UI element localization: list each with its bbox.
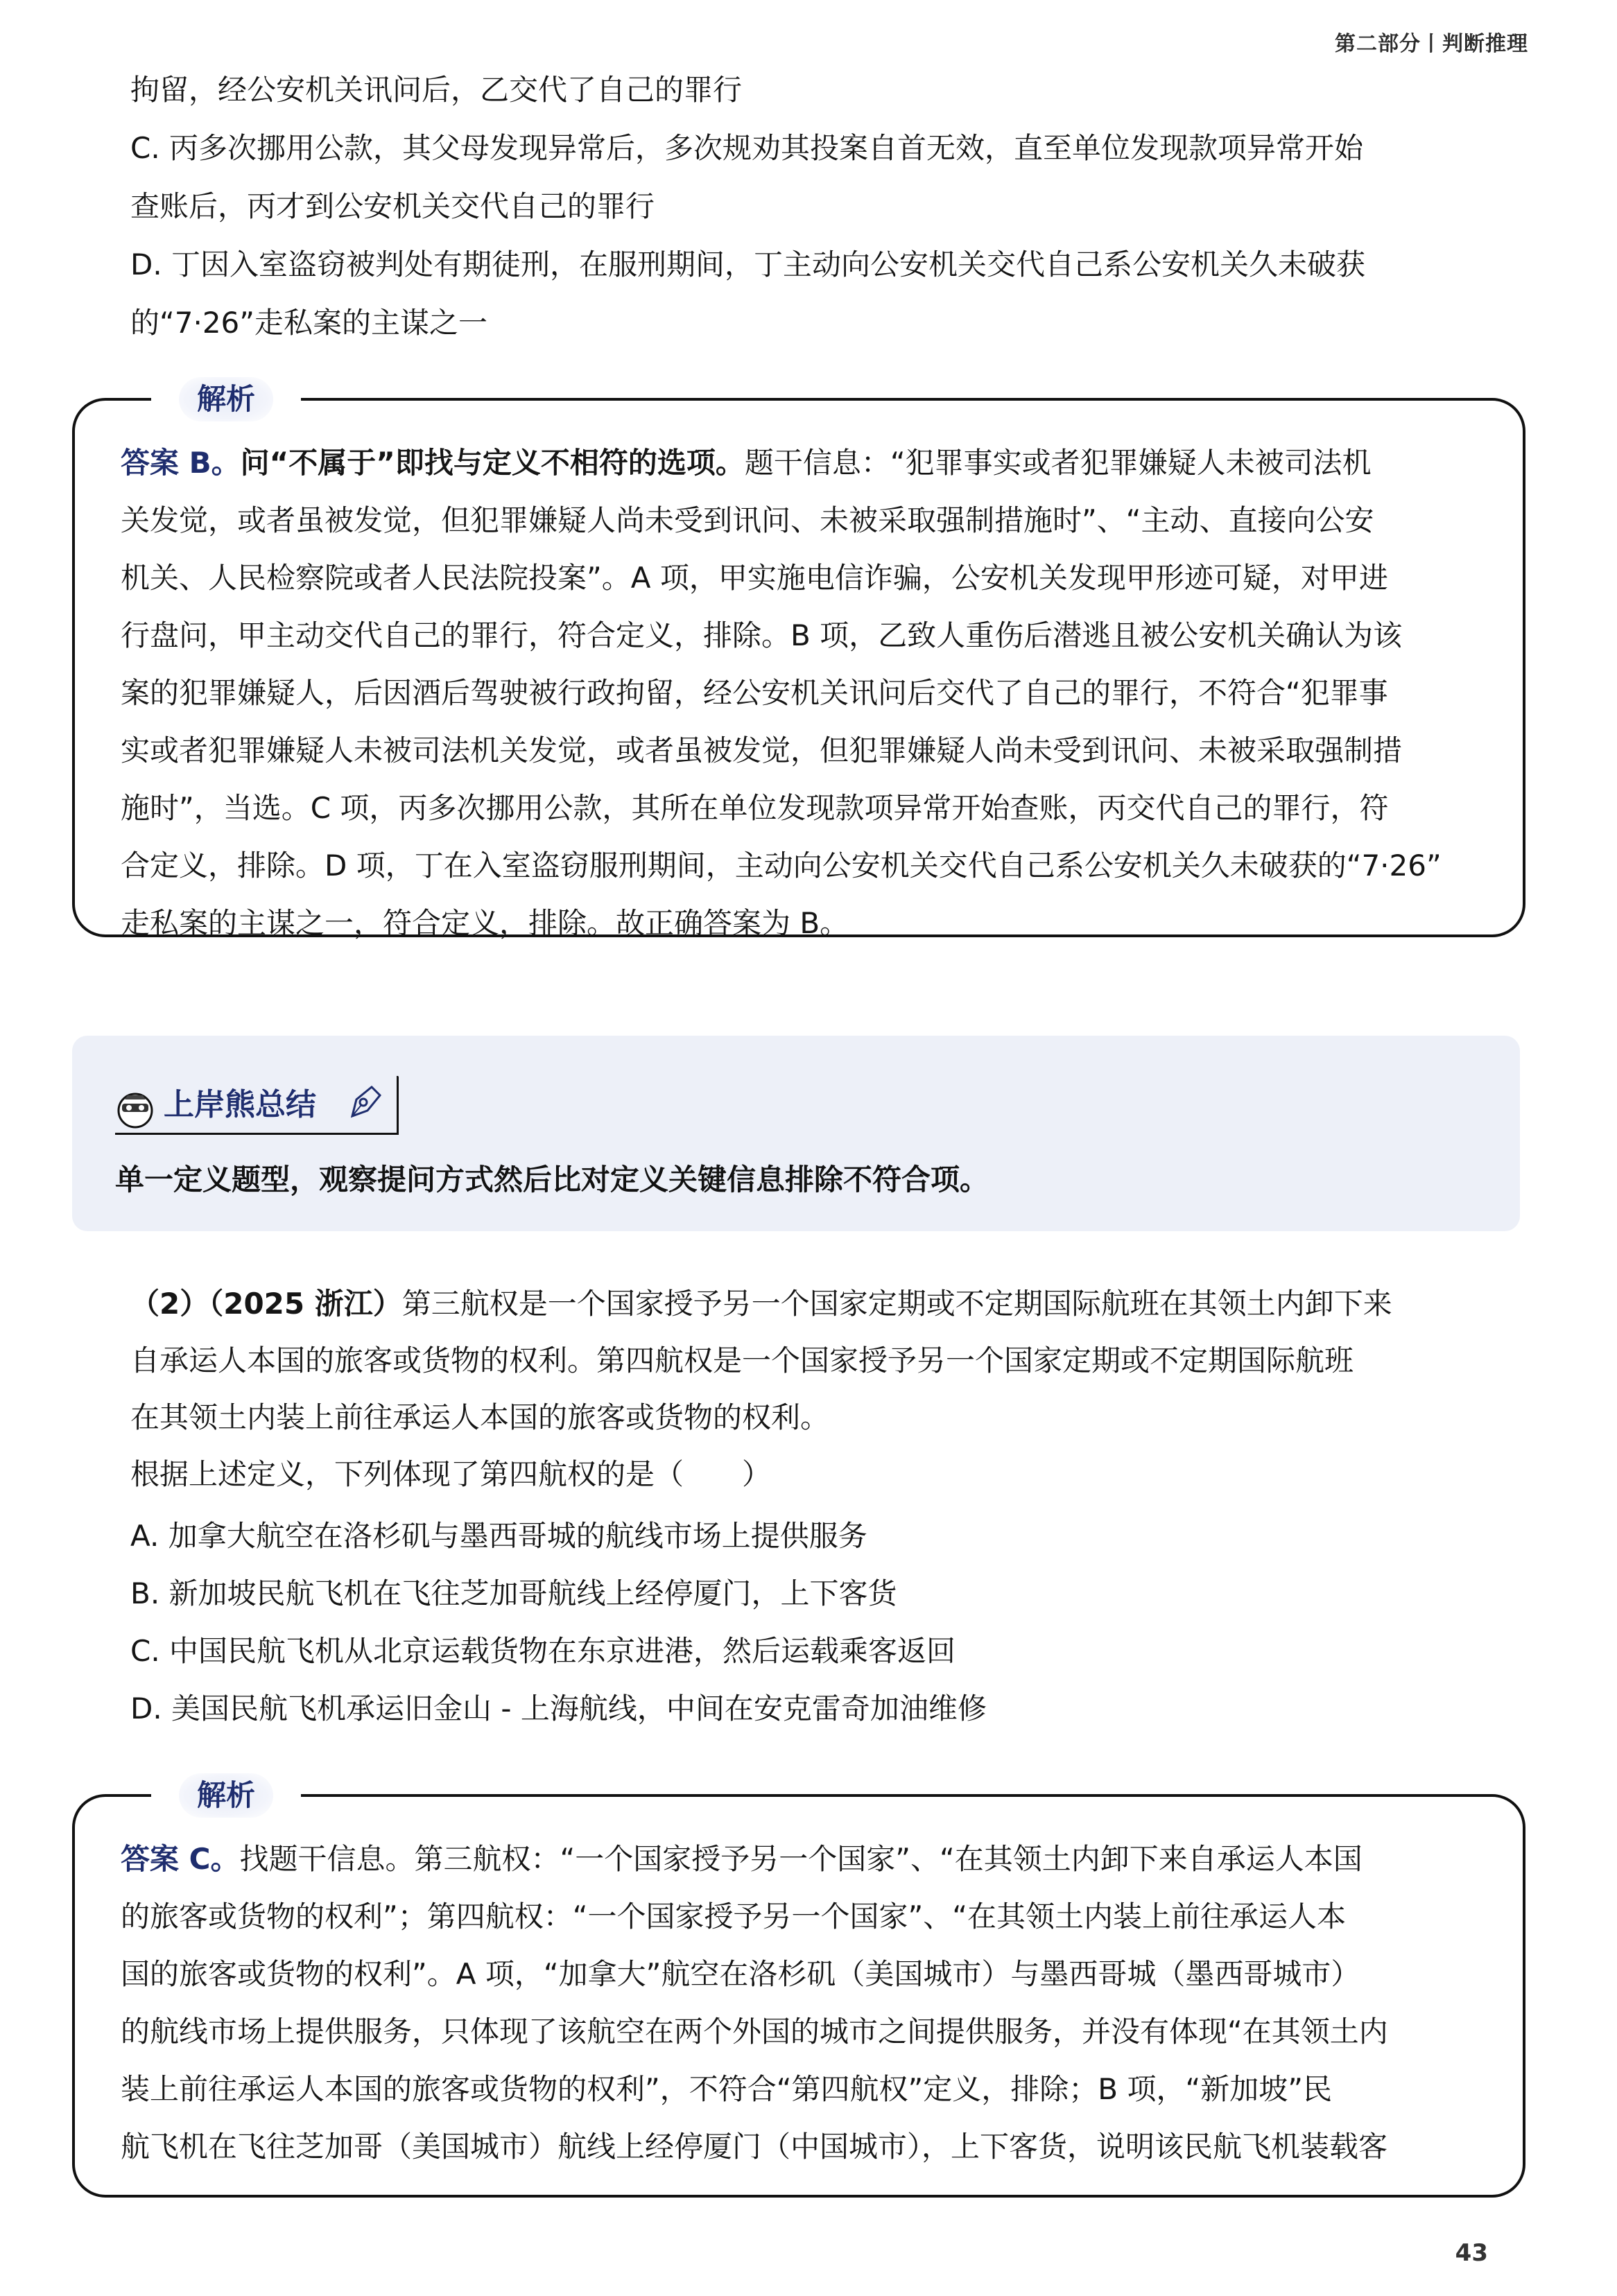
analysis-line: 找题干信息。第三航权：“一个国家授予另一个国家”、“在其领土内卸下来自承运人本国 [239,1842,1362,1876]
previous-question-options: 拘留，经公安机关讯问后，乙交代了自己的罪行 C. 丙多次挪用公款，其父母发现异常… [130,61,1503,352]
stem-line: 在其领土内装上前往承运人本国的旅客或货物的权利。 [130,1389,1503,1446]
analysis-line: 的航线市场上提供服务，只体现了该航空在两个外国的城市之间提供服务，并没有体现“在… [121,2003,1489,2060]
summary-title: 上岸熊总结 [115,1076,399,1135]
option-line: 的“7·26”走私案的主谋之一 [130,294,1503,352]
page-number: 43 [1455,2239,1488,2267]
fountain-pen-icon [344,1081,386,1123]
stem-line: 根据上述定义，下列体现了第四航权的是（ ） [130,1446,1503,1503]
analysis-box-2: 解析 答案 C。找题干信息。第三航权：“一个国家授予另一个国家”、“在其领土内卸… [72,1794,1525,2198]
analysis-line: 的旅客或货物的权利”；第四航权：“一个国家授予另一个国家”、“在其领土内装上前往… [121,1888,1489,1945]
analysis-line: 案的犯罪嫌疑人，后因酒后驾驶被行政拘留，经公安机关讯问后交代了自己的罪行，不符合… [121,664,1489,722]
analysis-line: 施时”，当选。C 项，丙多次挪用公款，其所在单位发现款项异常开始查账，丙交代自己… [121,779,1489,837]
option-line: D. 丁因入室盗窃被判处有期徒刑，在服刑期间，丁主动向公安机关交代自己系公安机关… [130,236,1503,294]
analysis-line: 走私案的主谋之一，符合定义，排除。故正确答案为 B。 [121,894,1489,952]
analysis-tag: 解析 [151,377,301,421]
analysis-body: 答案 C。找题干信息。第三航权：“一个国家授予另一个国家”、“在其领土内卸下来自… [75,1797,1523,2203]
option-a: A. 加拿大航空在洛杉矶与墨西哥城的航线市场上提供服务 [130,1507,987,1565]
analysis-box-1: 解析 答案 B。问“不属于”即找与定义不相符的选项。题干信息：“犯罪事实或者犯罪… [72,398,1525,937]
stem-line: 自承运人本国的旅客或货物的权利。第四航权是一个国家授予另一个国家定期或不定期国际… [130,1332,1503,1389]
stem-line: 第三航权是一个国家授予另一个国家定期或不定期国际航班在其领土内卸下来 [402,1287,1392,1321]
analysis-line: 题干信息：“犯罪事实或者犯罪嫌疑人未被司法机 [745,446,1372,480]
question-number: （2）（2025 浙江） [130,1287,402,1321]
running-header: 第二部分丨判断推理 [1335,26,1528,57]
analysis-body: 答案 B。问“不属于”即找与定义不相符的选项。题干信息：“犯罪事实或者犯罪嫌疑人… [75,401,1523,980]
option-line: 拘留，经公安机关讯问后，乙交代了自己的罪行 [130,61,1503,119]
bear-mascot-icon [115,1088,155,1129]
analysis-line: 国的旅客或货物的权利”。A 项，“加拿大”航空在洛杉矶（美国城市）与墨西哥城（墨… [121,1945,1489,2003]
question-2-stem: （2）（2025 浙江）第三航权是一个国家授予另一个国家定期或不定期国际航班在其… [130,1276,1503,1503]
option-line: C. 丙多次挪用公款，其父母发现异常后，多次规劝其投案自首无效，直至单位发现款项… [130,119,1503,177]
analysis-line: 行盘问，甲主动交代自己的罪行，符合定义，排除。B 项，乙致人重伤后潜逃且被公安机… [121,607,1489,664]
answer-lead: 问“不属于”即找与定义不相符的选项。 [241,446,745,480]
summary-text: 单一定义题型，观察提问方式然后比对定义关键信息排除不符合项。 [115,1158,989,1202]
analysis-line: 机关、人民检察院或者人民法院投案”。A 项，甲实施电信诈骗，公安机关发现甲形迹可… [121,549,1489,607]
analysis-line: 关发觉，或者虽被发觉，但犯罪嫌疑人尚未受到讯问、未被采取强制措施时”、“主动、直… [121,492,1489,549]
answer-label: 答案 B。 [121,446,241,480]
option-c: C. 中国民航飞机从北京运载货物在东京进港，然后运载乘客返回 [130,1622,987,1680]
summary-title-text: 上岸熊总结 [164,1083,316,1127]
option-b: B. 新加坡民航飞机在飞往芝加哥航线上经停厦门，上下客货 [130,1565,987,1622]
option-d: D. 美国民航飞机承运旧金山 - 上海航线，中间在安克雷奇加油维修 [130,1680,987,1737]
analysis-line: 合定义，排除。D 项，丁在入室盗窃服刑期间，主动向公安机关交代自己系公安机关久未… [121,837,1489,894]
summary-box: 上岸熊总结 单一定义题型，观察提问方式然后比对定义关键信息排除不符合项。 [72,1036,1520,1231]
analysis-line: 航飞机在飞往芝加哥（美国城市）航线上经停厦门（中国城市），上下客货，说明该民航飞… [121,2118,1489,2175]
analysis-tag: 解析 [151,1773,301,1818]
analysis-line: 装上前往承运人本国的旅客或货物的权利”，不符合“第四航权”定义，排除；B 项，“… [121,2060,1489,2118]
option-line: 查账后，丙才到公安机关交代自己的罪行 [130,177,1503,236]
analysis-line: 实或者犯罪嫌疑人未被司法机关发觉，或者虽被发觉，但犯罪嫌疑人尚未受到讯问、未被采… [121,722,1489,779]
answer-label: 答案 C。 [121,1842,239,1876]
question-2-options: A. 加拿大航空在洛杉矶与墨西哥城的航线市场上提供服务 B. 新加坡民航飞机在飞… [130,1507,987,1737]
